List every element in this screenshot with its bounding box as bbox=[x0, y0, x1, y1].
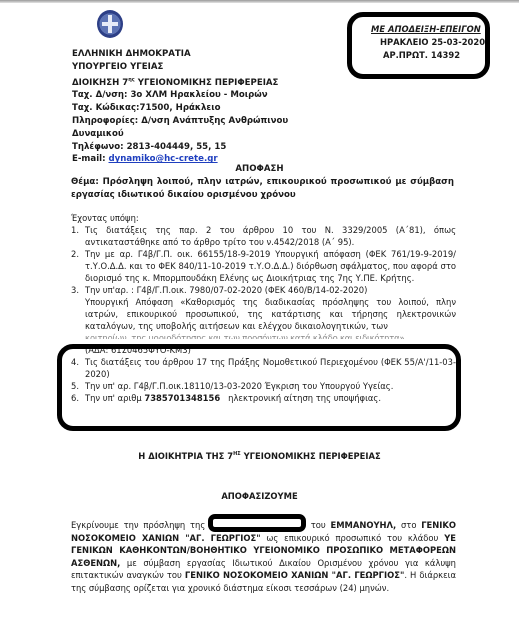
para-text: στο bbox=[396, 520, 421, 530]
item-text: Τις διατάξεις της παρ. 2 του άρθρου 10 τ… bbox=[85, 225, 456, 247]
para-text: Εγκρίνουμε την πρόσληψη της bbox=[71, 520, 210, 530]
item-number: 2. bbox=[71, 248, 79, 260]
stamp-place-date: ΗΡΑΚΛΕΙΟ 25-03-2020 bbox=[380, 37, 485, 47]
email-label: E-mail: bbox=[72, 154, 109, 164]
decision-subject: Θέμα: Πρόσληψη λοιπού, πλην ιατρών, επικ… bbox=[71, 176, 454, 201]
authority-prefix: ΔΙΟΙΚΗΣΗ 7 bbox=[72, 78, 128, 88]
item-text: Την με αρ. Γ4β/Γ.Π. οικ. 66155/18-9-2019… bbox=[85, 249, 456, 283]
stamp-protocol: ΑΡ.ΠΡΩΤ. 14392 bbox=[383, 50, 460, 60]
email-link[interactable]: dynamiko@hc-crete.gr bbox=[109, 154, 218, 164]
considerations-intro: Έχοντας υπόψη: bbox=[71, 212, 139, 224]
item-number: 1. bbox=[71, 224, 79, 236]
header-info: Πληροφορίες: Δ/νση Ανάπτυξης Ανθρώπινου bbox=[72, 115, 288, 128]
list-item: 2. Την με αρ. Γ4β/Γ.Π. οικ. 66155/18-9-2… bbox=[71, 248, 456, 284]
issuer-header: ΕΛΛΗΝΙΚΗ ΔΗΜΟΚΡΑΤΙΑ ΥΠΟΥΡΓΕΙΟ ΥΓΕΙΑΣ ΔΙΟ… bbox=[72, 48, 288, 166]
window-top-edge bbox=[0, 0, 519, 3]
item-number: 3. bbox=[71, 284, 79, 296]
para-text: του bbox=[306, 520, 331, 530]
header-phone: Τηλέφωνο: 2813-404449, 55, 15 bbox=[72, 141, 288, 154]
list-item: 1. Τις διατάξεις της παρ. 2 του άρθρου 1… bbox=[71, 224, 456, 248]
header-address: Ταχ. Δ/νση: 3ο ΧΛΜ Ηρακλείου - Μοιρών bbox=[72, 89, 288, 102]
para-text: ως επικουρικό προσωπικό του κλάδου bbox=[261, 533, 445, 543]
signatory-heading: Η ΔΙΟΙΚΗΤΡΙΑ ΤΗΣ 7ΗΣ ΥΓΕΙΟΝΟΜΙΚΗΣ ΠΕΡΙΦΕ… bbox=[0, 451, 519, 461]
stamp-title: ΜΕ ΑΠΟΔΕΙΞΗ-ΕΠΕΙΓΟΝ bbox=[371, 24, 481, 34]
father-name: ΕΜΜΑΝΟΥΗΛ, bbox=[330, 520, 396, 530]
resolve-heading: ΑΠΟΦΑΣΙΖΟΥΜΕ bbox=[0, 491, 519, 501]
item-text-obscured: κριτηρίων, της μοριοδότησης και των προσ… bbox=[85, 332, 456, 339]
decision-title: ΑΠΟΦΑΣΗ bbox=[0, 164, 519, 174]
item-text-continued: Υπουργική Απόφαση «Καθορισμός της διαδικ… bbox=[85, 296, 456, 332]
authority-suffix: ΥΓΕΙΟΝΟΜΙΚΗΣ ΠΕΡΙΦΕΡΕΙΑΣ bbox=[135, 78, 279, 88]
signatory-suffix: ΥΓΕΙΟΝΟΜΙΚΗΣ ΠΕΡΙΦΕΡΕΙΑΣ bbox=[241, 451, 381, 461]
greek-coat-of-arms-icon bbox=[97, 10, 123, 38]
header-authority: ΔΙΟΙΚΗΣΗ 7ης ΥΓΕΙΟΝΟΜΙΚΗΣ ΠΕΡΙΦΕΡΕΙΑΣ bbox=[72, 74, 288, 90]
header-postal: Ταχ. Κώδικας:71500, Ηράκλειο bbox=[72, 102, 288, 115]
header-info-2: Δυναμικού bbox=[72, 128, 288, 141]
highlight-frame bbox=[57, 344, 461, 431]
redaction-box bbox=[208, 514, 306, 532]
header-ministry: ΥΠΟΥΡΓΕΙΟ ΥΓΕΙΑΣ bbox=[72, 61, 288, 74]
signatory-sup: ΗΣ bbox=[233, 451, 241, 457]
hospital-name-2: ΓΕΝΙΚΟ ΝΟΣΟΚΟΜΕΙΟ ΧΑΝΙΩΝ "ΑΓ. ΓΕΩΡΓΙΟΣ" bbox=[185, 570, 404, 580]
header-country: ΕΛΛΗΝΙΚΗ ΔΗΜΟΚΡΑΤΙΑ bbox=[72, 48, 288, 61]
item-text: Την υπ'αρ. : Γ4β/Γ.Π.οικ. 7980/07-02-202… bbox=[85, 284, 456, 296]
cross-horizontal bbox=[102, 22, 118, 26]
signatory-prefix: Η ΔΙΟΙΚΗΤΡΙΑ ΤΗΣ 7 bbox=[138, 451, 233, 461]
